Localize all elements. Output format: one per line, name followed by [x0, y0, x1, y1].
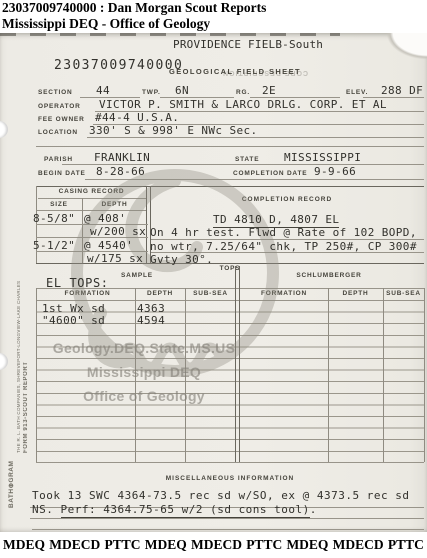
viewer-footer: MDEQ MDECD PTTC MDEQ MDECD PTTC MDEQ MDE… [0, 532, 427, 558]
operator-value: VICTOR P. SMITH & LARCO DRLG. CORP. ET A… [99, 98, 387, 111]
misc-line2-suffix: . [310, 503, 317, 516]
misc-line2-underlined: Perf: 4364.75-65 w/2 (sd cons tool) [61, 503, 310, 518]
fee-owner-label: FEE OWNER [38, 116, 85, 123]
rule-line [36, 462, 424, 463]
operator-label: OPERATOR [38, 103, 81, 110]
casing-row-depth: @ 4540' [84, 239, 133, 252]
scanned-field-sheet: Geology.DEQ.State.MS.US Mississippi DEQ … [0, 33, 427, 532]
misc-line2: NS. Perf: 4364.75-65 w/2 (sd cons tool). [32, 503, 317, 516]
rule-line [32, 529, 424, 530]
table-border [424, 288, 425, 462]
location-label: LOCATION [38, 129, 78, 136]
field-name: PROVIDENCE FIELB-South [173, 38, 323, 51]
footer-item: MDECD [49, 537, 100, 553]
begin-date-value: 8-28-66 [96, 165, 145, 178]
rg-value: 2E [262, 84, 276, 97]
twp-label: TWP. [142, 89, 161, 96]
completion-line4: Gvty 30°. [150, 253, 213, 266]
punch-hole [0, 121, 8, 138]
location-value: 330' S & 998' E NWc Sec. [89, 124, 258, 137]
misc-title: MISCELLANEOUS INFORMATION [36, 475, 424, 482]
footer-item: MDECD [191, 537, 242, 553]
completion-line2: On 4 hr test. Flwd @ Rate of 102 BOPD, [150, 226, 417, 239]
state-value: MISSISSIPPI [284, 151, 361, 164]
misc-line2-prefix: NS. [32, 503, 61, 516]
sidebar-company-line: THE R. L. BATH COMPANIES, SHREVEPORT-LON… [16, 278, 21, 453]
el-tops-note: EL TOPS: [46, 276, 109, 290]
watermark-line3: Office of Geology [36, 384, 252, 408]
twp-value: 6N [175, 84, 189, 97]
viewer-header: 23037009740000 : Dan Morgan Scout Report… [2, 0, 266, 31]
page-corner-curl [375, 33, 427, 67]
casing-row-depth: w/175 sx [87, 252, 143, 265]
tops-col-depth: DEPTH [328, 290, 383, 297]
casing-row-size: 8-5/8" [33, 212, 75, 225]
casing-row-size: 5-1/2" [33, 239, 75, 252]
section-label: SECTION [38, 89, 73, 96]
viewer-title-line2: Mississippi DEQ - Office of Geology [2, 16, 266, 32]
tops-row-formation: "4600" sd [42, 314, 105, 327]
document-viewer-page: 23037009740000 : Dan Morgan Scout Report… [0, 0, 427, 558]
punch-hole [0, 353, 8, 370]
completion-date-value: 9-9-66 [314, 165, 356, 178]
scan-torn-edge [0, 33, 340, 36]
table-border [383, 288, 384, 462]
misc-line1: Took 13 SWC 4364-73.5 rec sd w/SO, ex @ … [32, 489, 410, 502]
tops-row-depth: 4594 [137, 314, 165, 327]
fee-owner-value: #44-4 U.S.A. [95, 111, 179, 124]
sidebar-form-number: FORM 913-SCOUT REPORT [23, 278, 29, 453]
footer-item: MDECD [333, 537, 384, 553]
footer-item: MDEQ [3, 537, 45, 553]
rule-line [87, 137, 424, 138]
footer-item: MDEQ [145, 537, 187, 553]
section-value: 44 [96, 84, 110, 97]
footer-item: PTTC [388, 537, 424, 553]
footer-item: MDEQ [286, 537, 328, 553]
watermark-line1: Geology.DEQ.State.MS.US [36, 336, 252, 360]
api-number: 23037009740000 [54, 58, 183, 73]
watermark-text: Geology.DEQ.State.MS.US Mississippi DEQ … [36, 336, 252, 408]
completion-line3: no wtr, 7.25/64" chk, TP 250#, CP 300# [150, 240, 417, 253]
tops-col-subsea: SUB-SEA [383, 290, 424, 297]
watermark-line2: Mississippi DEQ [36, 360, 252, 384]
parish-value: FRANKLIN [94, 151, 150, 164]
elev-value: 288 DF [381, 84, 423, 97]
footer-item: PTTC [246, 537, 282, 553]
elev-label: ELEV. [346, 89, 368, 96]
footer-item: PTTC [104, 537, 140, 553]
rule-line [30, 518, 424, 519]
casing-row-depth: w/200 sx [90, 225, 146, 238]
viewer-title-line1: 23037009740000 : Dan Morgan Scout Report… [2, 0, 266, 16]
bathogram-logo: BATH⊕GRAM [8, 448, 16, 508]
casing-row-depth: @ 408' [84, 212, 126, 225]
rg-label: RG. [236, 89, 250, 96]
rule-line [36, 146, 424, 147]
